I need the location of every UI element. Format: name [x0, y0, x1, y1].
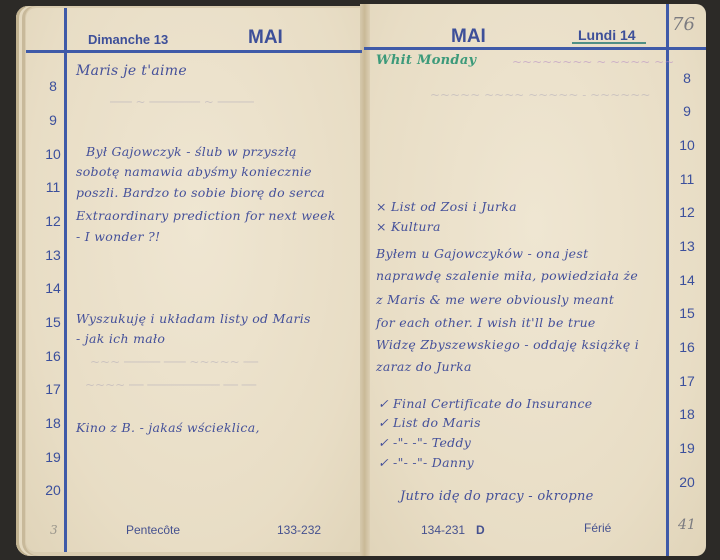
right-header-rule	[364, 47, 706, 50]
diary-entry: × List od Zosi i Jurka	[376, 199, 517, 214]
left-margin-number: 3	[50, 523, 58, 537]
diary-entry: Wyszukuję i układam listy od Maris	[76, 311, 311, 326]
hour-label: 9	[38, 112, 68, 128]
diary-entry: Widzę Zbyszewskiego - oddaję książkę i	[376, 337, 639, 352]
diary-entry: for each other. I wish it'll be true	[376, 315, 596, 330]
hour-label: 14	[38, 280, 68, 296]
diary-spread: Dimanche 13 MAI MAI Lundi 14 76 8 9 10 1…	[0, 0, 720, 560]
diary-entry: naprawdę szalenie miła, powiedziała że	[376, 268, 638, 283]
right-day-label: Lundi 14	[578, 27, 636, 43]
diary-entry: Maris je t'aime	[76, 63, 187, 79]
diary-entry: Kino z B. - jakaś wścieklica,	[76, 420, 260, 435]
bleed-through-text: ~~~~ ── ────────── ── ──	[85, 378, 256, 392]
day-count: 133-232	[277, 523, 321, 537]
diary-entry: Był Gajowczyk - ślub w przyszłą	[86, 144, 297, 159]
diary-entry: sobotę namawia abyśmy koniecznie	[76, 164, 312, 179]
right-month-label: MAI	[451, 26, 486, 48]
bleed-through-text: ~~~~~~~~ ~ ~~~~ ~~	[512, 55, 674, 69]
hour-label: 19	[38, 449, 68, 465]
hour-label: 15	[38, 314, 68, 330]
holiday-note: Férié	[584, 521, 611, 535]
bleed-through-text: ~~~ ───── ─── ~~~~~ ──	[90, 355, 258, 369]
diary-entry: poszli. Bardzo to sobie biorę do serca	[76, 185, 325, 200]
hour-label: 12	[38, 213, 68, 229]
checklist-item: ✓ -"- -"- Danny	[378, 455, 474, 470]
bleed-through-text: ~~~~~ ~~~~ ~~~~~ - ~~~~~~	[430, 88, 650, 102]
page-number-bottom: 41	[678, 517, 696, 533]
moon-phase-icon: D	[476, 523, 485, 537]
hour-label: 13	[672, 238, 702, 254]
hour-label: 14	[672, 272, 702, 288]
diary-entry: × Kultura	[376, 219, 441, 234]
hour-label: 12	[672, 204, 702, 220]
book-gutter	[360, 4, 370, 556]
diary-entry: Extraordinary prediction for next week	[76, 208, 336, 223]
hour-label: 17	[672, 373, 702, 389]
hour-label: 20	[672, 474, 702, 490]
checklist-item: ✓ List do Maris	[378, 415, 481, 430]
left-month-label: MAI	[248, 27, 283, 49]
bleed-through-text: ─── ~ ─────── ~ ─────	[110, 95, 254, 109]
diary-entry: - I wonder ?!	[76, 229, 160, 244]
day-underline	[572, 42, 646, 44]
diary-entry: Jutro idę do pracy - okropne	[400, 489, 594, 504]
left-day-label: Dimanche 13	[88, 32, 168, 47]
diary-entry: zaraz do Jurka	[376, 359, 472, 374]
diary-entry-holiday: Whit Monday	[376, 53, 476, 68]
hour-label: 8	[38, 78, 68, 94]
hour-label: 10	[672, 137, 702, 153]
hour-label: 15	[672, 305, 702, 321]
hour-label: 9	[672, 103, 702, 119]
diary-entry: z Maris & me were obviously meant	[376, 292, 614, 307]
left-header-rule	[26, 50, 362, 53]
hour-label: 18	[38, 415, 68, 431]
right-margin-rule	[666, 4, 669, 556]
hour-label: 16	[38, 348, 68, 364]
hour-label: 19	[672, 440, 702, 456]
hour-label: 18	[672, 406, 702, 422]
page-number-top: 76	[672, 14, 695, 35]
hour-label: 16	[672, 339, 702, 355]
checklist-item: ✓ -"- -"- Teddy	[378, 435, 471, 450]
hour-label: 11	[38, 179, 68, 195]
diary-entry: Byłem u Gajowczyków - ona jest	[376, 246, 588, 261]
hour-label: 10	[38, 146, 68, 162]
hour-label: 17	[38, 381, 68, 397]
hour-label: 13	[38, 247, 68, 263]
hour-label: 8	[672, 70, 702, 86]
hour-label: 20	[38, 482, 68, 498]
holiday-label: Pentecôte	[126, 523, 180, 537]
checklist-item: ✓ Final Certificate do Insurance	[378, 396, 592, 411]
day-count: 134-231	[421, 523, 465, 537]
left-page	[26, 8, 366, 552]
hour-label: 11	[672, 171, 702, 187]
diary-entry: - jak ich mało	[76, 331, 165, 346]
